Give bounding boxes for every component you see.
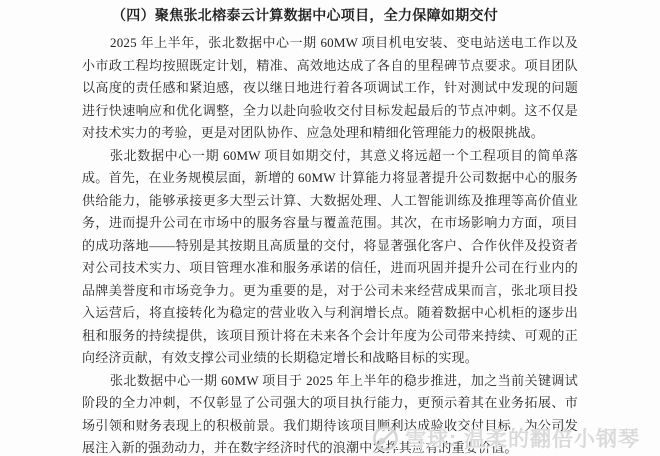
paragraph: 2025 年上半年，张北数据中心一期 60MW 项目机电安装、变电站送电工作以及… <box>82 32 578 145</box>
watermark-text: 雪球: 温柔的翻倍小钢琴 <box>405 423 640 453</box>
xueqiu-logo-icon <box>372 425 399 452</box>
document-content: （四）聚焦张北榕泰云计算数据中心项目，全力保障如期交付 2025 年上半年，张北… <box>82 6 578 456</box>
section-title: （四）聚焦张北榕泰云计算数据中心项目，全力保障如期交付 <box>82 6 578 28</box>
document-page: { "document": { "section_title": "（四）聚焦张… <box>0 0 660 456</box>
watermark: 雪球: 温柔的翻倍小钢琴 <box>372 423 640 453</box>
paragraph: 张北数据中心一期 60MW 项目如期交付，其意义将远超一个工程项目的简单落成。首… <box>82 145 578 370</box>
